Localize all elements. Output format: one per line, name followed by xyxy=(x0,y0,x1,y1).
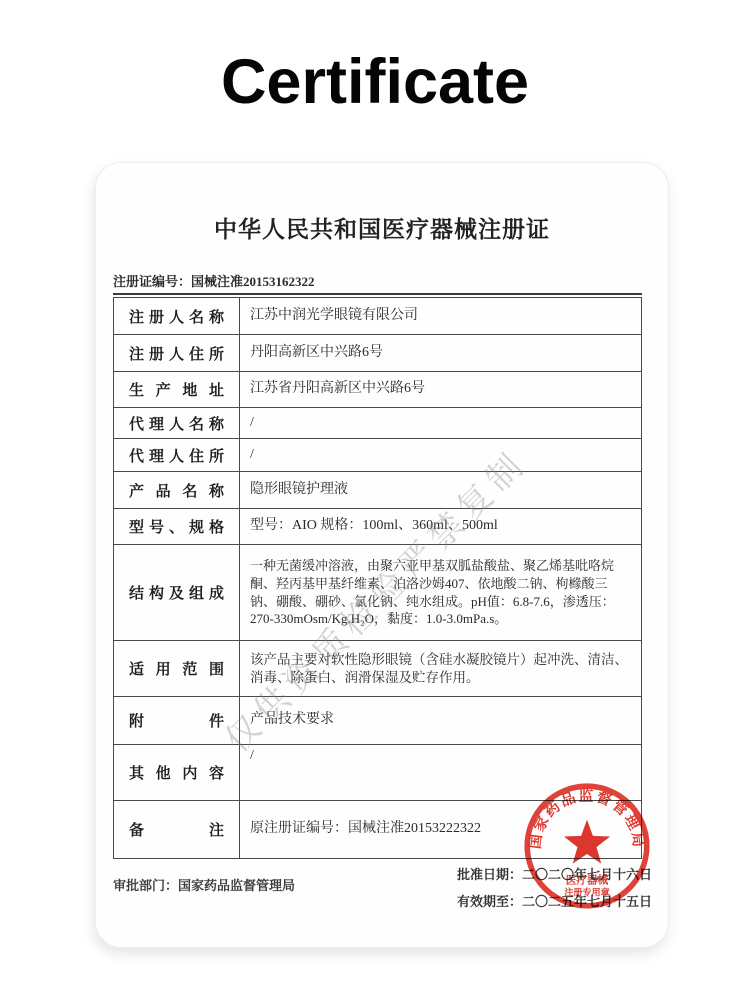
row-value: 该产品主要对软性隐形眼镜（含硅水凝胶镜片）起冲洗、清洁、消毒、除蛋白、润滑保湿及… xyxy=(240,641,641,696)
row-value: 丹阳高新区中兴路6号 xyxy=(240,335,641,371)
row-value: 江苏中润光学眼镜有限公司 xyxy=(240,298,641,334)
official-seal-stamp: 国家药品监督管理局 医疗器械 注册专用章 xyxy=(511,770,663,922)
table-row: 代理人名称/ xyxy=(114,408,641,439)
row-label: 备注 xyxy=(114,801,240,858)
row-label: 产品名称 xyxy=(114,472,240,508)
registration-number-line: 注册证编号：国械注准20153162322 xyxy=(113,271,642,295)
row-value: 隐形眼镜护理液 xyxy=(240,472,641,508)
table-row: 产品名称隐形眼镜护理液 xyxy=(114,472,641,509)
table-row: 生产地址江苏省丹阳高新区中兴路6号 xyxy=(114,372,641,408)
row-label: 生产地址 xyxy=(114,372,240,407)
row-label: 附件 xyxy=(114,697,240,744)
page-title: Certificate xyxy=(0,46,750,118)
table-row: 注册人住所丹阳高新区中兴路6号 xyxy=(114,335,641,372)
certificate-title: 中华人民共和国医疗器械注册证 xyxy=(96,211,668,244)
table-row: 适用范围该产品主要对软性隐形眼镜（含硅水凝胶镜片）起冲洗、清洁、消毒、除蛋白、润… xyxy=(114,641,641,697)
registration-number-label: 注册证编号： xyxy=(113,274,191,289)
row-label: 注册人住所 xyxy=(114,335,240,371)
table-row: 结构及组成一种无菌缓冲溶液，由聚六亚甲基双胍盐酸盐、聚乙烯基吡咯烷酮、羟丙基甲基… xyxy=(114,545,641,641)
row-value: 江苏省丹阳高新区中兴路6号 xyxy=(240,372,641,407)
registration-number-value: 国械注准20153162322 xyxy=(191,274,315,289)
seal-star-icon xyxy=(564,820,610,864)
table-row: 注册人名称江苏中润光学眼镜有限公司 xyxy=(114,298,641,335)
certificate-card: 中华人民共和国医疗器械注册证 注册证编号：国械注准20153162322 注册人… xyxy=(95,162,669,948)
row-value: 一种无菌缓冲溶液，由聚六亚甲基双胍盐酸盐、聚乙烯基吡咯烷酮、羟丙基甲基纤维素、泊… xyxy=(240,545,641,640)
row-value: 型号：AIO 规格：100ml、360ml、500ml xyxy=(240,509,641,544)
row-label: 代理人住所 xyxy=(114,439,240,471)
seal-icon: 国家药品监督管理局 医疗器械 注册专用章 xyxy=(511,770,663,922)
row-value: / xyxy=(240,408,641,438)
approval-department: 审批部门：国家药品监督管理局 xyxy=(113,875,295,894)
row-label: 注册人名称 xyxy=(114,298,240,334)
seal-center-line1: 医疗器械 xyxy=(566,873,609,886)
row-label: 结构及组成 xyxy=(114,545,240,640)
row-label: 适用范围 xyxy=(114,641,240,696)
table-row: 代理人住所/ xyxy=(114,439,641,472)
row-label: 代理人名称 xyxy=(114,408,240,438)
row-value: / xyxy=(240,439,641,471)
table-row: 附件产品技术要求 xyxy=(114,697,641,745)
row-value: 产品技术要求 xyxy=(240,697,641,744)
row-label: 型号、规格 xyxy=(114,509,240,544)
row-label: 其他内容 xyxy=(114,745,240,800)
table-row: 型号、规格型号：AIO 规格：100ml、360ml、500ml xyxy=(114,509,641,545)
seal-center-line2: 注册专用章 xyxy=(564,887,610,898)
